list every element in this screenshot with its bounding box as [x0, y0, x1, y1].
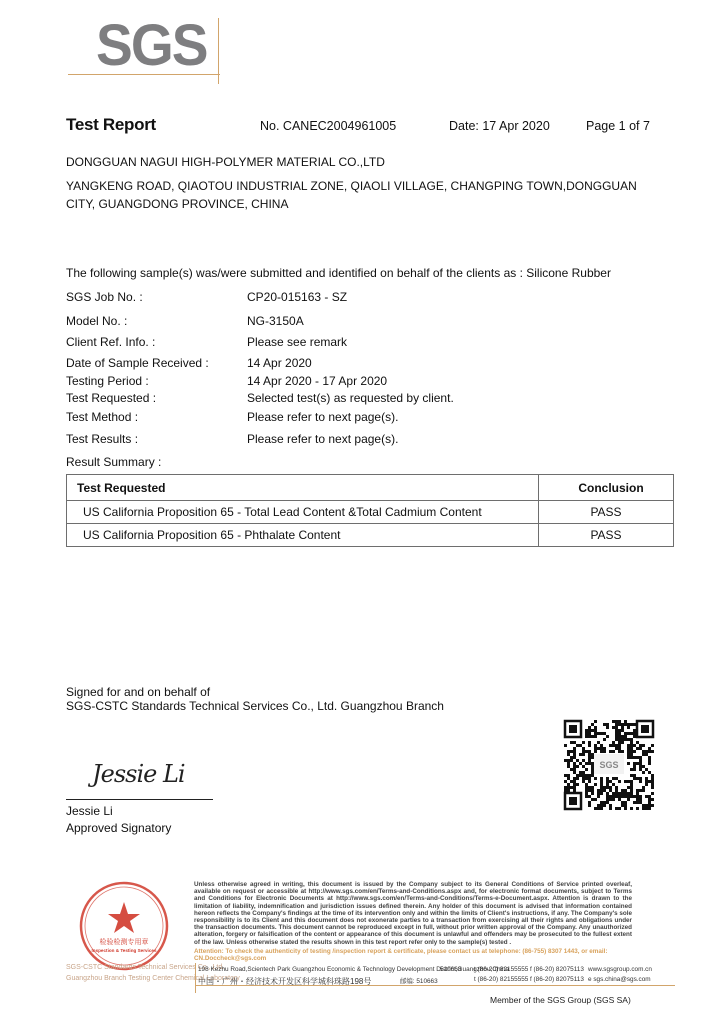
test-requested-label: Test Requested : [66, 391, 156, 406]
result-summary-table: Test Requested Conclusion US California … [66, 474, 674, 547]
result-summary-label: Result Summary : [66, 455, 161, 470]
model-no-value: NG-3150A [247, 314, 304, 329]
signatory-name: Jessie Li [66, 804, 113, 819]
signing-company: SGS-CSTC Standards Technical Services Co… [66, 699, 444, 714]
column-header-conclusion: Conclusion [539, 475, 674, 501]
signatory-role: Approved Signatory [66, 821, 171, 836]
test-results-label: Test Results : [66, 432, 138, 447]
date-received-value: 14 Apr 2020 [247, 356, 312, 371]
table-row: US California Proposition 65 - Phthalate… [67, 524, 674, 547]
logo-rule-horizontal [68, 74, 220, 75]
testing-period-value: 14 Apr 2020 - 17 Apr 2020 [247, 374, 387, 389]
signed-on-behalf-line: Signed for and on behalf of [66, 685, 210, 700]
official-stamp: 检验检测专用章 Inspection & Testing Services [78, 880, 170, 972]
email-link[interactable]: e sgs.china@sgs.com [588, 976, 651, 983]
report-title: Test Report [66, 115, 156, 135]
conclusion-cell: PASS [539, 501, 674, 524]
signature-line [66, 799, 213, 800]
logo-rule-vertical [218, 18, 219, 84]
testing-period-label: Testing Period : [66, 374, 149, 389]
website-link[interactable]: www.sgsgroup.com.cn [588, 966, 652, 973]
job-no-value: CP20-015163 - SZ [247, 290, 347, 305]
test-name-cell: US California Proposition 65 - Total Lea… [67, 501, 539, 524]
logo-text: SGS [96, 12, 207, 79]
stamp-seal-icon: 检验检测专用章 Inspection & Testing Services [78, 880, 170, 972]
footer-rule-vertical [195, 963, 196, 993]
postcode-chinese: 邮编: 510663 [400, 976, 438, 985]
qr-code-icon: SGS [563, 719, 655, 811]
handwritten-signature: Jessie Li [92, 760, 185, 788]
test-results-value: Please refer to next page(s). [247, 432, 398, 447]
fax: f (86-20) 82075113 [530, 966, 584, 973]
svg-text:检验检测专用章: 检验检测专用章 [100, 937, 149, 946]
test-method-label: Test Method : [66, 410, 138, 425]
client-address: YANGKENG ROAD, QIAOTOU INDUSTRIAL ZONE, … [66, 177, 666, 213]
client-ref-value: Please see remark [247, 335, 347, 350]
fax: f (86-20) 82075113 [530, 976, 584, 983]
svg-text:SGS: SGS [599, 760, 618, 770]
model-no-label: Model No. : [66, 314, 127, 329]
column-header-test: Test Requested [67, 475, 539, 501]
footer-rule [195, 985, 675, 986]
sgs-group-membership: Member of the SGS Group (SGS SA) [490, 995, 631, 1005]
legal-disclaimer: Unless otherwise agreed in writing, this… [194, 881, 632, 946]
telephone: t (86-20) 82155555 [474, 966, 528, 973]
address-english: 198 Kezhu Road,Scientech Park Guangzhou … [198, 966, 509, 973]
test-name-cell: US California Proposition 65 - Phthalate… [67, 524, 539, 547]
job-no-label: SGS Job No. : [66, 290, 143, 305]
telephone: t (86-20) 82155555 [474, 976, 528, 983]
client-name: DONGGUAN NAGUI HIGH-POLYMER MATERIAL CO.… [66, 155, 385, 170]
authenticity-notice: Attention: To check the authenticity of … [194, 948, 634, 962]
table-row: US California Proposition 65 - Total Lea… [67, 501, 674, 524]
svg-text:Inspection & Testing Services: Inspection & Testing Services [91, 948, 156, 953]
client-ref-label: Client Ref. Info. : [66, 335, 155, 350]
postcode-english: 510663 [440, 966, 461, 973]
conclusion-cell: PASS [539, 524, 674, 547]
page-indicator: Page 1 of 7 [586, 119, 650, 133]
test-method-value: Please refer to next page(s). [247, 410, 398, 425]
table-header-row: Test Requested Conclusion [67, 475, 674, 501]
verification-qr-code[interactable]: SGS [563, 719, 655, 811]
report-date: Date: 17 Apr 2020 [449, 119, 550, 133]
report-number: No. CANEC2004961005 [260, 119, 396, 133]
date-received-label: Date of Sample Received : [66, 356, 209, 371]
sample-intro: The following sample(s) was/were submitt… [66, 266, 611, 281]
test-requested-value: Selected test(s) as requested by client. [247, 391, 454, 406]
sgs-logo: SGS [68, 18, 228, 84]
